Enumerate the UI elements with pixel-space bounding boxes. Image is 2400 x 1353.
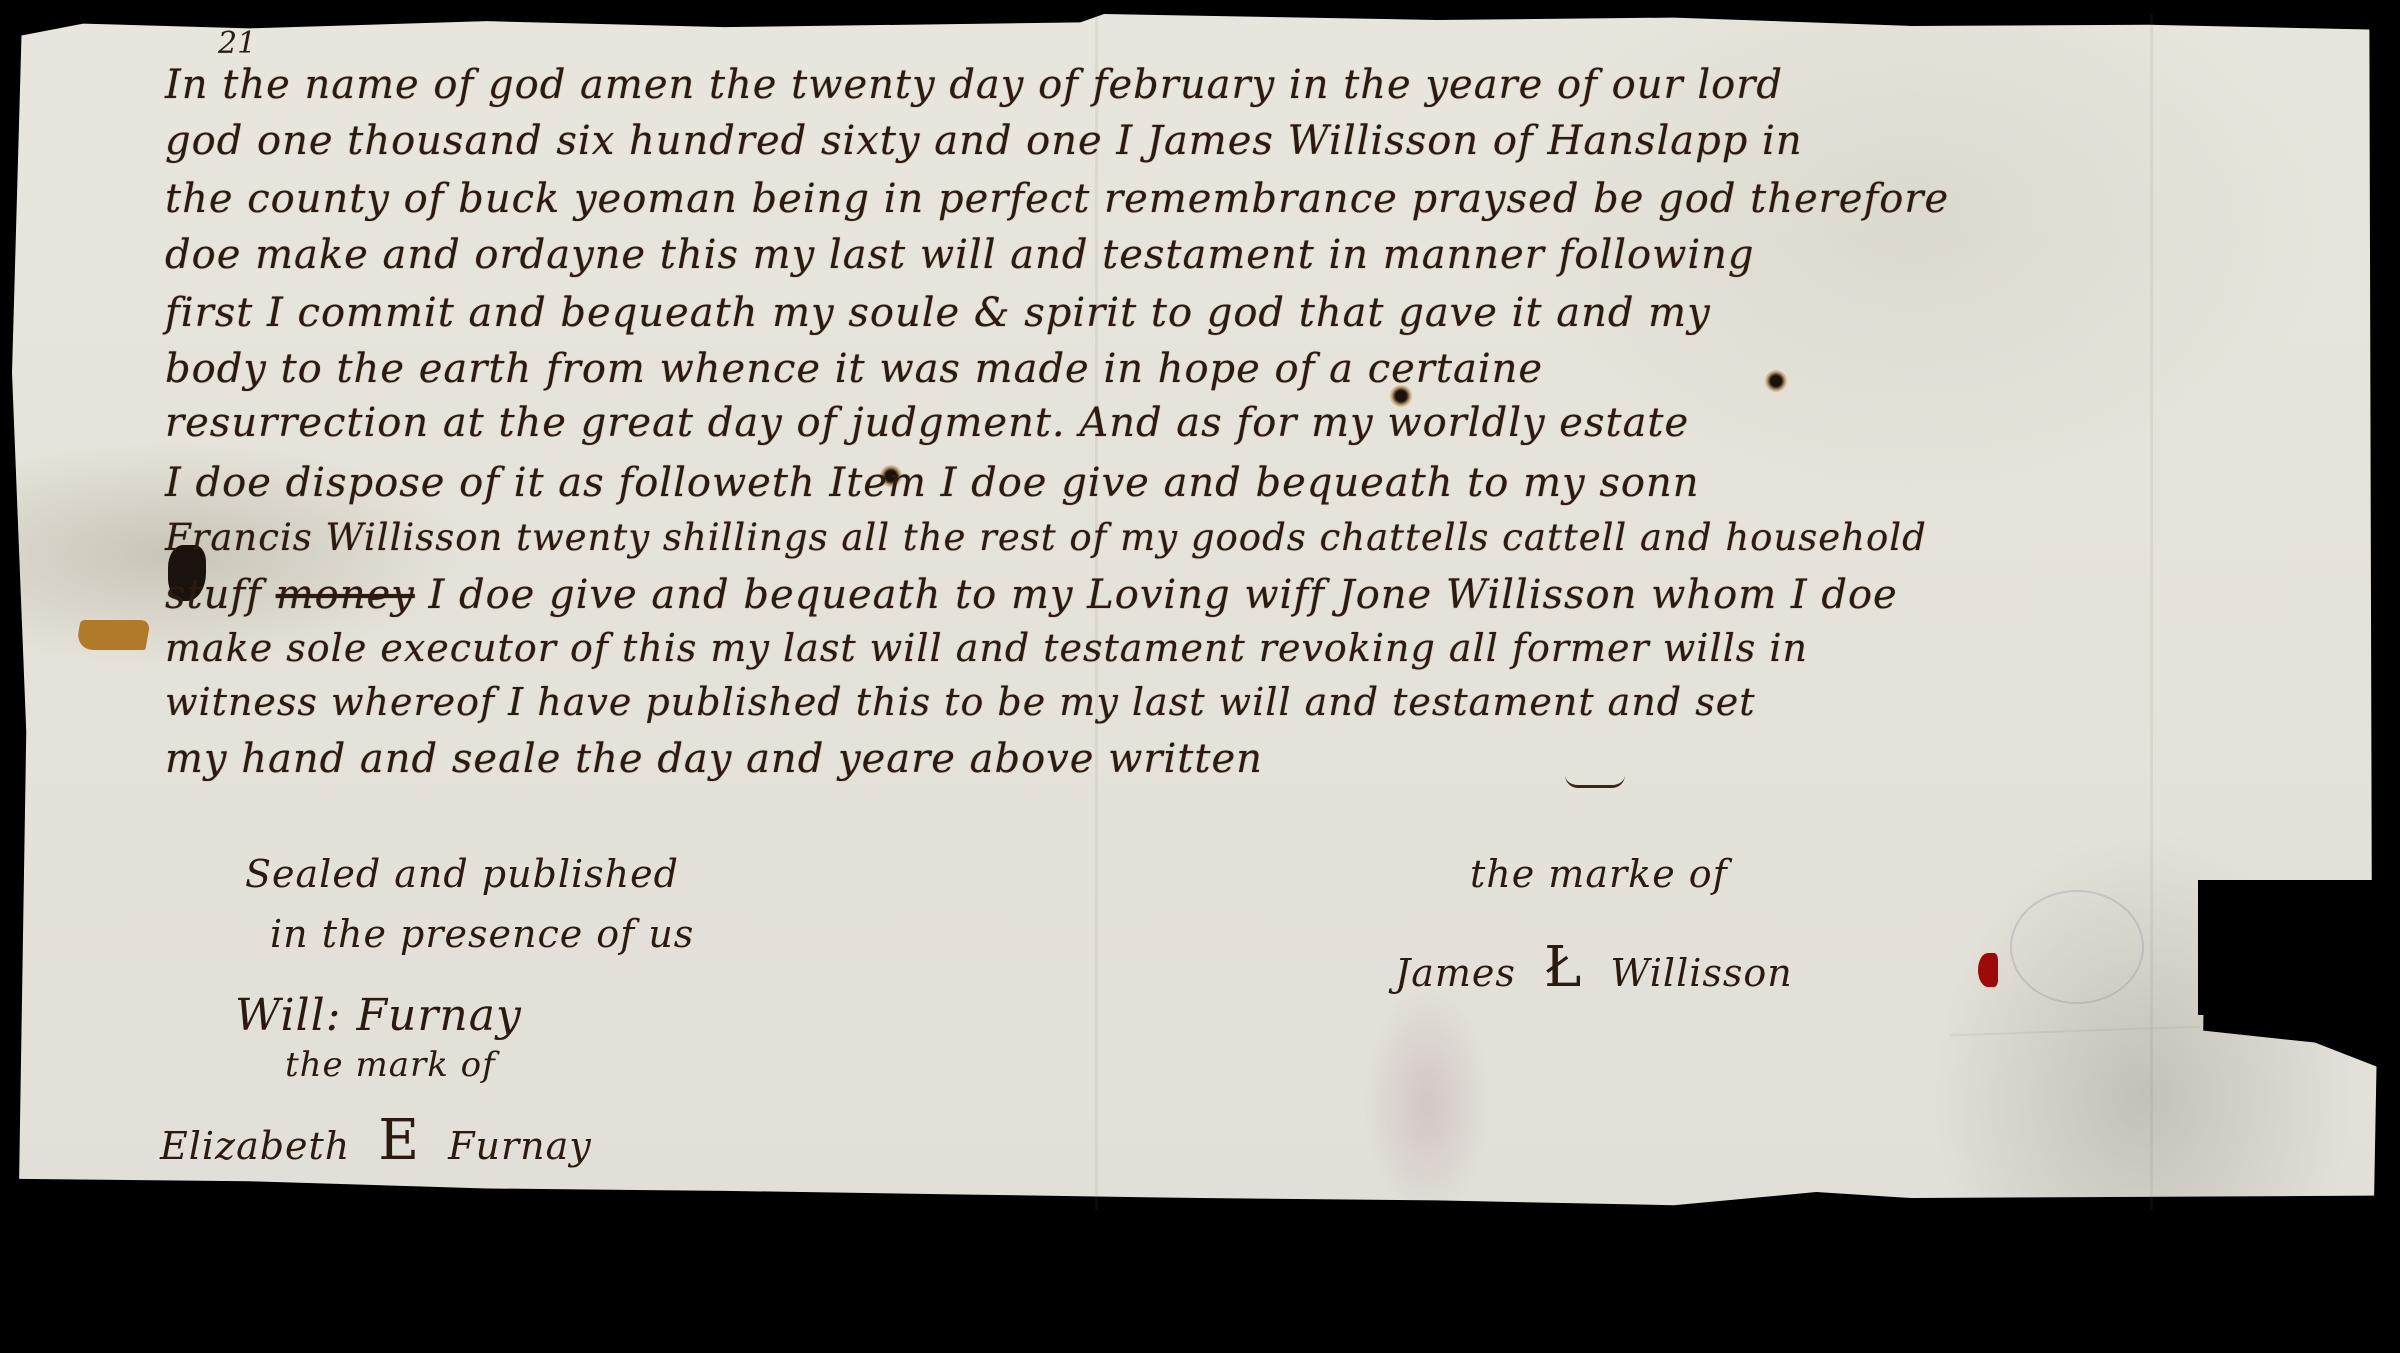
witness-heading: Sealed and published (245, 852, 679, 896)
testator-first-name: James (1395, 951, 1516, 995)
body-line: god one thousand six hundred sixty and o… (165, 118, 1803, 164)
seal-impression (2010, 890, 2144, 1004)
body-line: I doe dispose of it as followeth Item I … (165, 460, 1699, 506)
body-line: body to the earth from whence it was mad… (165, 346, 1543, 392)
body-line: witness whereof I have published this to… (165, 680, 1755, 724)
body-line: make sole executor of this my last will … (165, 626, 1808, 670)
line-text: I doe give and bequeath to my Loving wif… (415, 572, 1898, 618)
witness-signature: Will: Furnay (235, 990, 522, 1041)
body-line: my hand and seale the day and yeare abov… (165, 736, 1263, 782)
paper-stain (75, 620, 150, 650)
struck-word: money (276, 572, 415, 618)
fold-line (2150, 14, 2153, 1210)
mark-label: the mark of (285, 1045, 496, 1085)
body-line: Francis Willisson twenty shillings all t… (165, 516, 1927, 559)
line-filler-flourish (1565, 775, 1625, 788)
witness-last-name: Furnay (448, 1124, 592, 1168)
body-line: first I commit and bequeath my soule & s… (165, 290, 1711, 336)
testator-last-name: Willisson (1610, 951, 1792, 995)
mark-label: the marke of (1470, 852, 1728, 896)
witness-mark-icon: E (378, 1108, 420, 1173)
witness-mark-signature: ElizabethEFurnay (160, 1108, 592, 1173)
testator-mark-icon: Ł (1544, 935, 1582, 1000)
body-line: the county of buck yeoman being in perfe… (165, 176, 1949, 222)
body-line: doe make and ordayne this my last will a… (165, 232, 1755, 278)
torn-notch (2198, 880, 2400, 1015)
witness-first-name: Elizabeth (160, 1124, 350, 1168)
testator-mark-signature: JamesŁWillisson (1395, 935, 1793, 1000)
line-text: stuff (165, 572, 276, 618)
witness-heading: in the presence of us (270, 912, 694, 956)
body-line: stuff money I doe give and bequeath to m… (165, 572, 1898, 618)
burn-spot (1765, 370, 1787, 392)
wax-seal-icon (1978, 953, 1998, 987)
marginal-number: 21 (218, 26, 256, 61)
black-background-band (0, 1212, 2400, 1353)
body-line: In the name of god amen the twenty day o… (165, 62, 1783, 108)
body-line: resurrection at the great day of judgmen… (165, 400, 1689, 446)
